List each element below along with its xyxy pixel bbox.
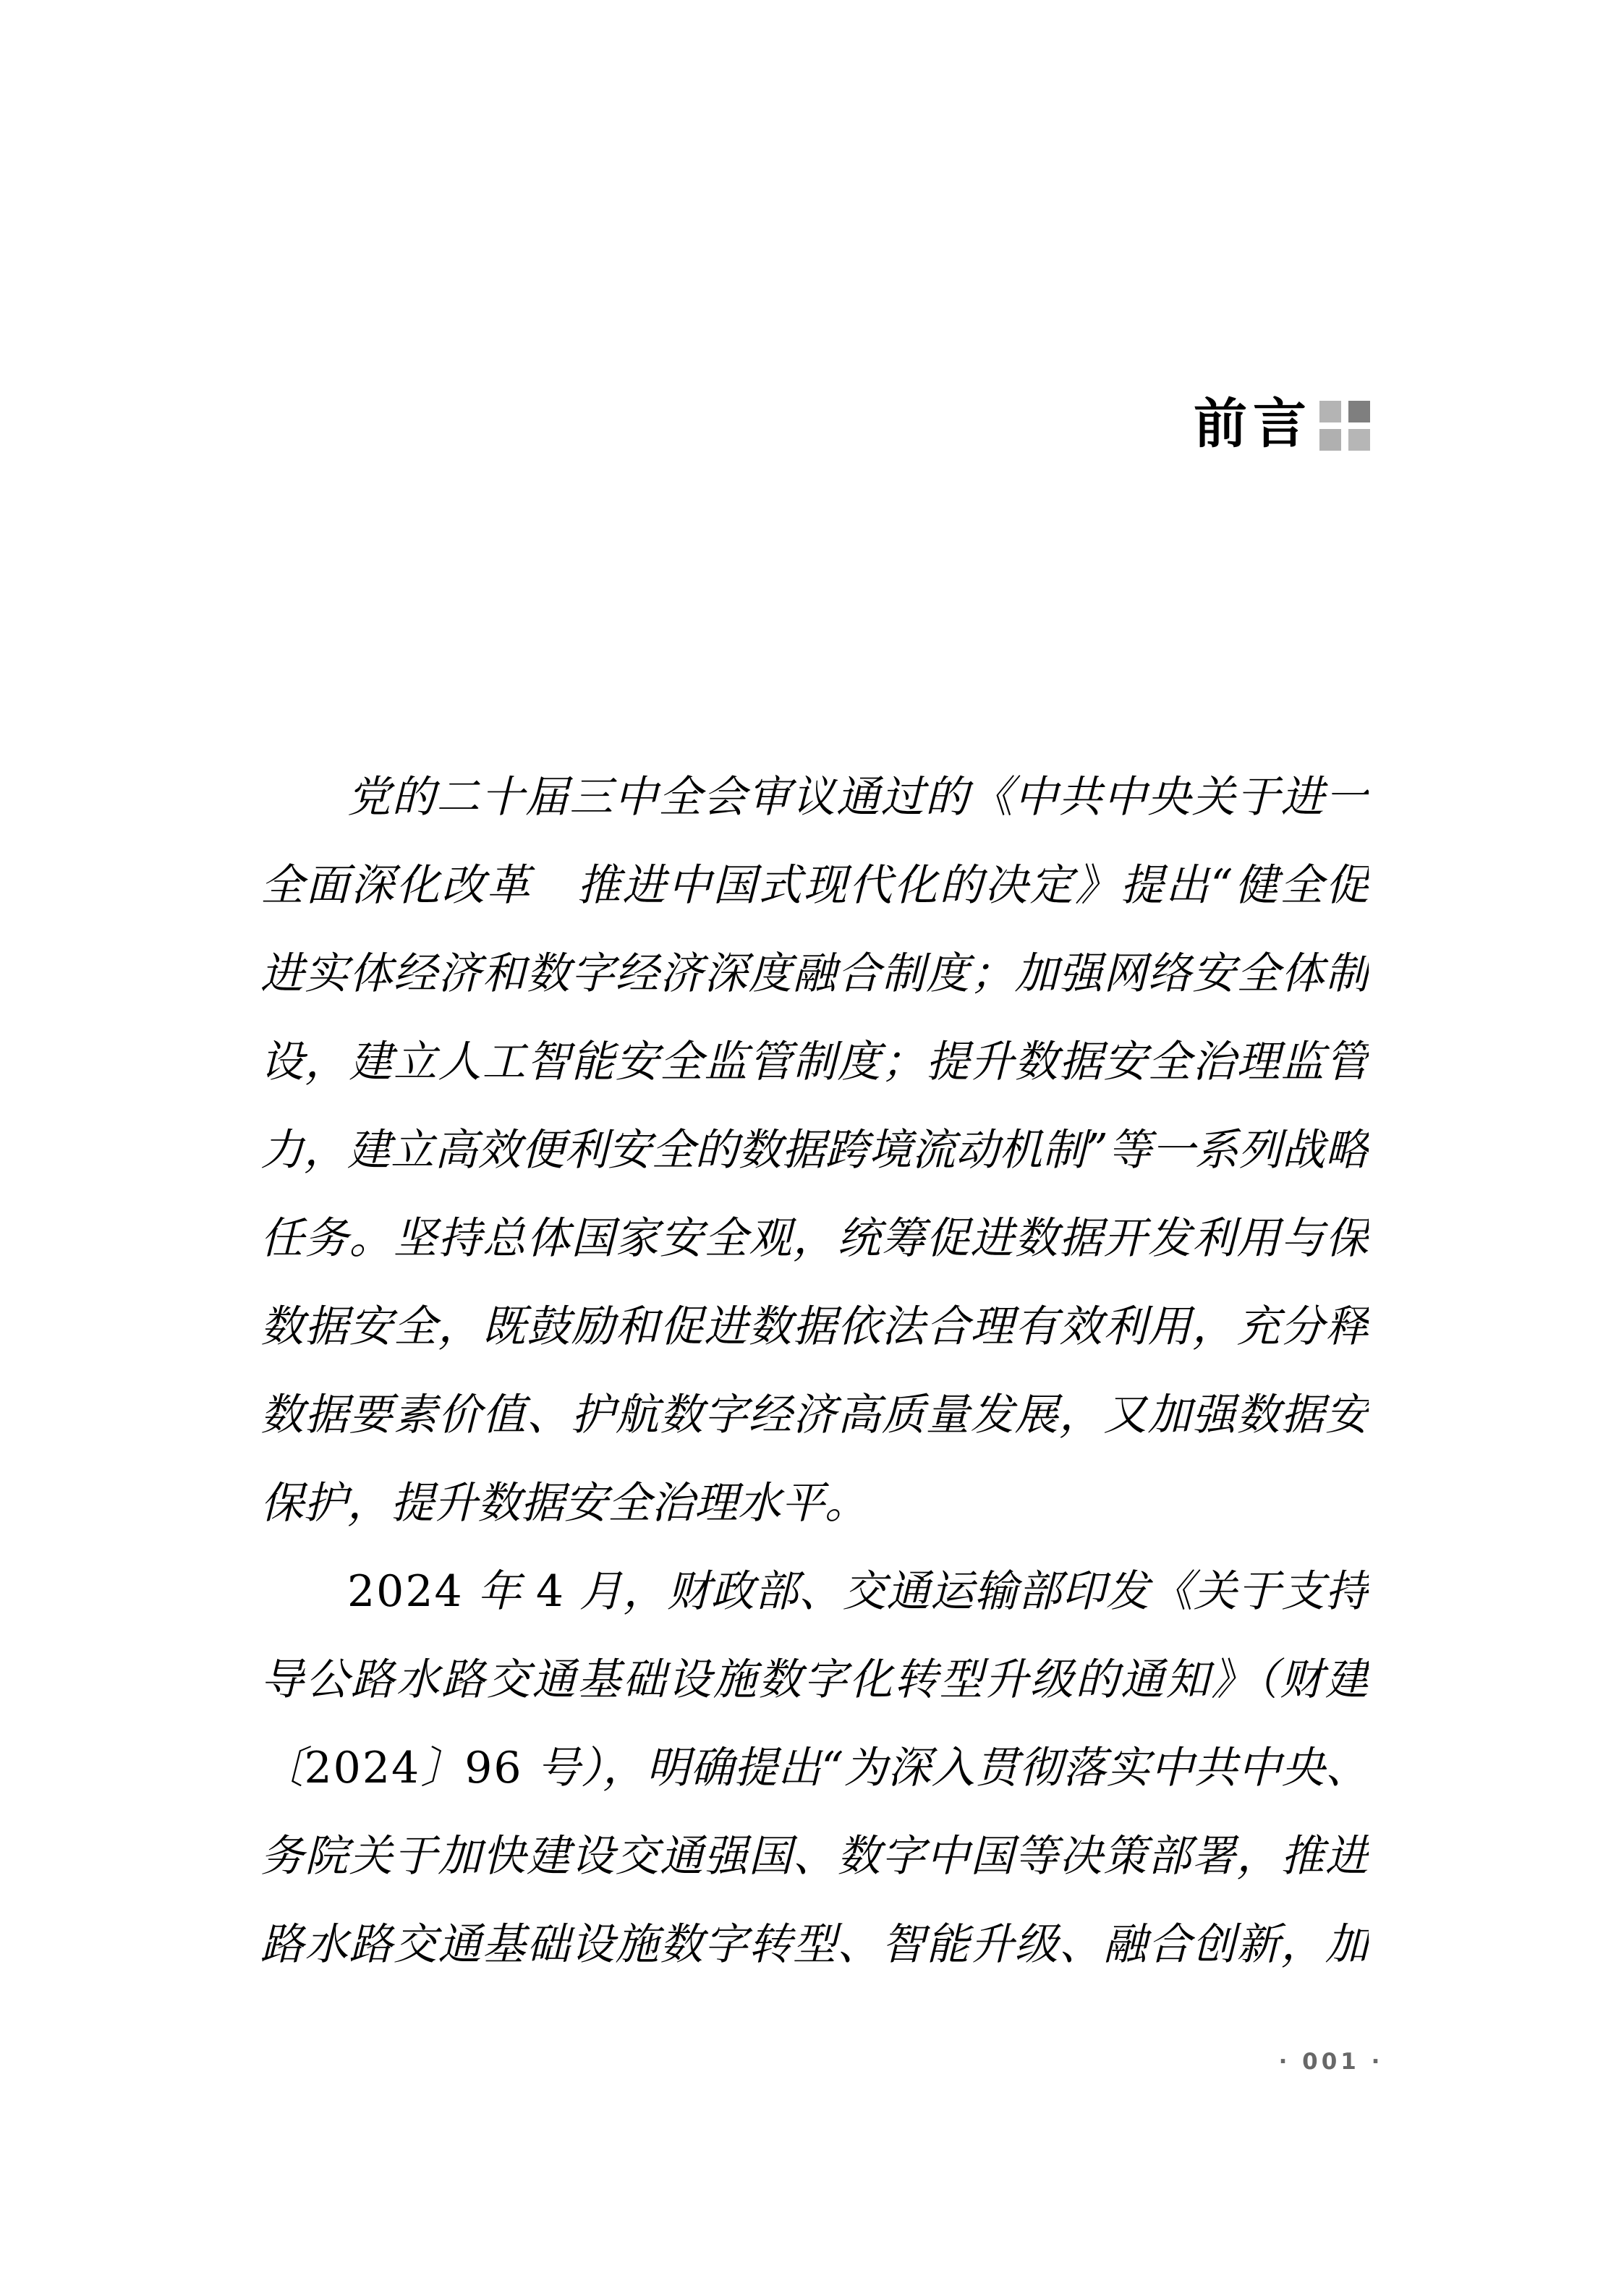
body-line: 路水路交通基础设施数字转型、智能升级、融合创新，加快 <box>260 1900 1369 1989</box>
title-decoration-squares <box>1319 401 1370 451</box>
page-title: 前言 <box>1194 396 1312 451</box>
decor-square <box>1319 401 1341 422</box>
body-line: 导公路水路交通基础设施数字化转型升级的通知》（财建 <box>260 1636 1369 1724</box>
title-block: 前言 <box>1194 396 1370 451</box>
document-page: 前言 党的二十届三中全会审议通过的《中共中央关于进一步全面深化改革 推进中国式现… <box>0 0 1624 2273</box>
body-line: 设，建立人工智能安全监管制度；提升数据安全治理监管能 <box>260 1018 1369 1106</box>
decor-square <box>1348 429 1370 451</box>
body-line: 数据安全，既鼓励和促进数据依法合理有效利用，充分释放 <box>260 1283 1369 1371</box>
body-line: 数据要素价值、护航数字经济高质量发展，又加强数据安全 <box>260 1371 1369 1459</box>
body-line: 保护，提升数据安全治理水平。 <box>260 1459 1369 1547</box>
decor-square <box>1348 401 1370 422</box>
body-text: 党的二十届三中全会审议通过的《中共中央关于进一步全面深化改革 推进中国式现代化的… <box>260 753 1369 1989</box>
page-number: · 001 · <box>1262 2047 1400 2076</box>
body-line: 任务。坚持总体国家安全观，统筹促进数据开发利用与保障 <box>260 1194 1369 1283</box>
body-line: 党的二十届三中全会审议通过的《中共中央关于进一步 <box>260 753 1369 841</box>
decor-square <box>1319 429 1341 451</box>
body-line: 力，建立高效便利安全的数据跨境流动机制”等一系列战略 <box>260 1106 1369 1194</box>
body-line: 务院关于加快建设交通强国、数字中国等决策部署，推进公 <box>260 1812 1369 1900</box>
body-line: 全面深化改革 推进中国式现代化的决定》提出“健全促 <box>260 841 1369 930</box>
body-line: 进实体经济和数字经济深度融合制度；加强网络安全体制建 <box>260 930 1369 1018</box>
body-line: 〔2024〕96 号），明确提出“为深入贯彻落实中共中央、国 <box>260 1724 1369 1812</box>
body-line: 2024 年 4 月，财政部、交通运输部印发《关于支持引 <box>260 1547 1369 1636</box>
